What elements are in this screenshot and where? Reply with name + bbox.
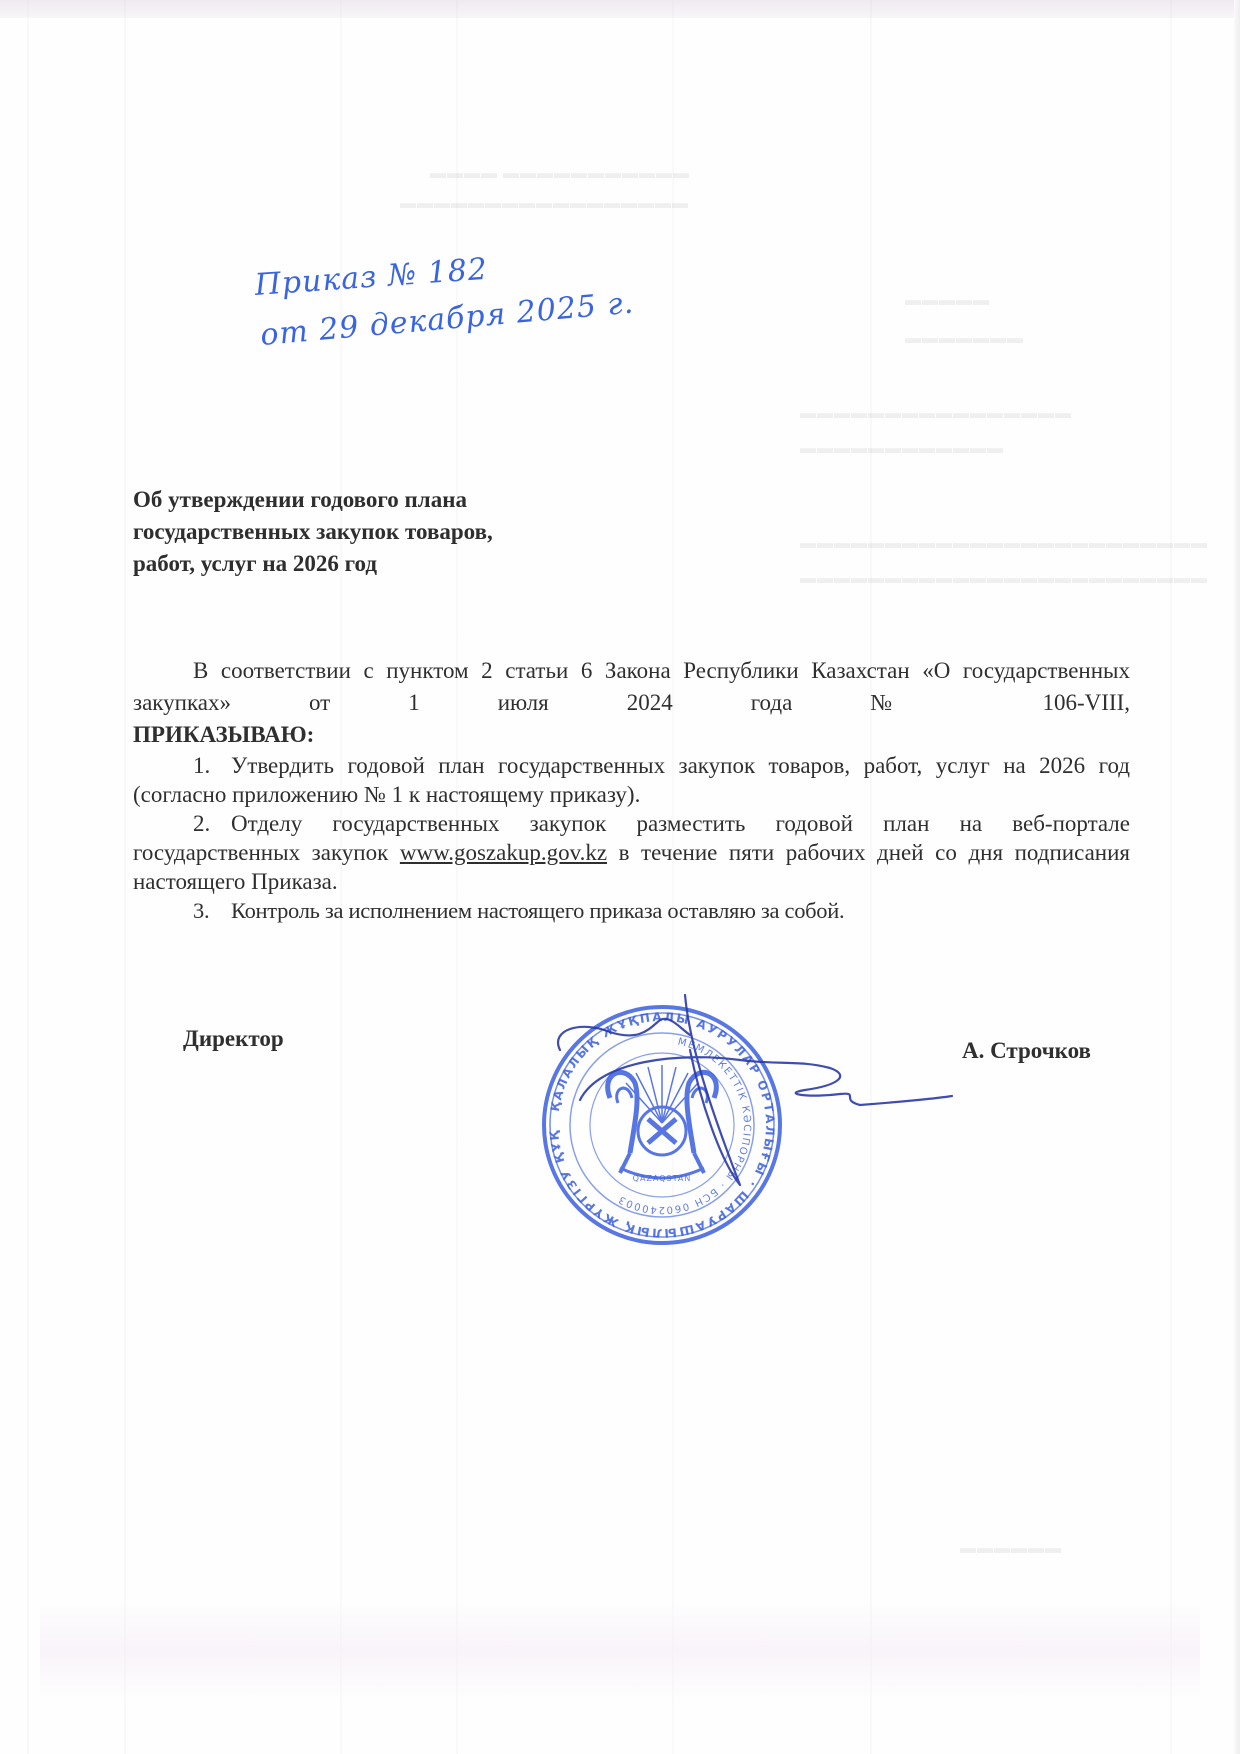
document-title: Об утверждении годового плана государств… — [133, 484, 653, 580]
handwritten-order-number: Приказ № 182 — [254, 252, 489, 303]
title-line: государственных закупок товаров, — [133, 516, 653, 548]
show-through-text: ▬▬▬▬▬▬ — [960, 1540, 1062, 1558]
item-number: 2. — [193, 809, 231, 838]
show-through-band — [40, 1600, 1200, 1700]
title-line: работ, услуг на 2026 год — [133, 548, 653, 580]
preamble-paragraph: В соответствии с пунктом 2 статьи 6 Зако… — [133, 655, 1130, 719]
handwritten-order-note: Приказ № 182 от 29 декабря 2025 г. — [252, 268, 692, 388]
item-text: Контроль за исполнением настоящего прика… — [231, 898, 844, 923]
item-number: 3. — [193, 896, 231, 925]
scan-right-edge — [1234, 0, 1240, 1754]
title-line: Об утверждении годового плана — [133, 484, 653, 516]
show-through-text: ▬▬▬▬▬ — [905, 292, 990, 310]
show-through-text: ▬▬▬▬ ▬▬▬▬▬▬▬▬▬▬▬ — [430, 165, 690, 183]
show-through-text: ▬▬▬▬▬▬▬ — [905, 330, 1024, 348]
scan-band-top — [0, 0, 1240, 18]
show-through-text: ▬▬▬▬▬▬▬▬▬▬▬▬▬▬▬▬ — [800, 405, 1072, 423]
order-item-1: 1.Утвердить годовой план государственных… — [133, 751, 1130, 809]
signatory-role: Директор — [183, 1026, 284, 1052]
signature-scribble-icon — [540, 990, 970, 1220]
goszakup-link[interactable]: www.goszakup.gov.kz — [400, 840, 607, 865]
order-item-2: 2.Отделу государственных закупок размест… — [133, 809, 1130, 896]
item-number: 1. — [193, 751, 231, 780]
show-through-text: ▬▬▬▬▬▬▬▬▬▬▬▬▬▬▬▬▬▬▬▬▬▬▬▬ — [800, 570, 1208, 588]
signatory-name: А. Строчков — [962, 1038, 1091, 1064]
director-signature — [540, 990, 970, 1220]
scanned-page: ▬▬▬▬ ▬▬▬▬▬▬▬▬▬▬▬ ▬▬▬▬▬▬▬▬▬▬▬▬▬▬▬▬▬ ▬▬▬▬▬… — [0, 0, 1240, 1754]
order-word: ПРИКАЗЫВАЮ: — [133, 719, 1130, 751]
show-through-text: ▬▬▬▬▬▬▬▬▬▬▬▬▬▬▬▬▬ — [400, 195, 689, 213]
document-body: В соответствии с пунктом 2 статьи 6 Зако… — [133, 655, 1130, 925]
show-through-text: ▬▬▬▬▬▬▬▬▬▬▬▬ — [800, 440, 1004, 458]
order-item-3: 3.Контроль за исполнением настоящего при… — [133, 896, 1130, 925]
show-through-text: ▬▬▬▬▬▬▬▬▬▬▬▬▬▬▬▬▬▬▬▬▬▬▬▬ — [800, 535, 1208, 553]
item-text: Утвердить годовой план государственных з… — [133, 753, 1130, 807]
